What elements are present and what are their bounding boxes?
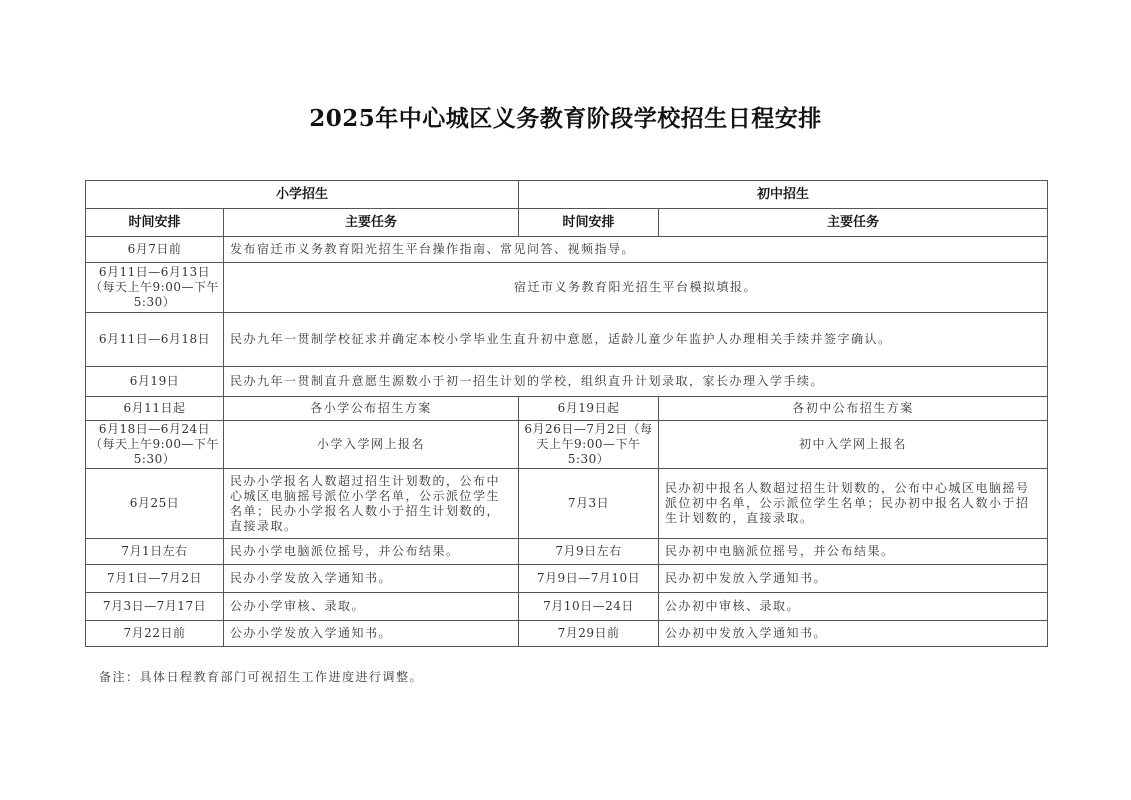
enrollment-schedule-table: 小学招生 初中招生 时间安排 主要任务 时间安排 主要任务 6月7日前 发布宿迁… (85, 180, 1048, 647)
junior-task-cell: 民办初中电脑派位摇号，并公布结果。 (659, 539, 1048, 565)
primary-task-header: 主要任务 (224, 209, 519, 237)
junior-task-cell: 民办初中发放入学通知书。 (659, 565, 1048, 593)
junior-task-cell: 公办初中发放入学通知书。 (659, 621, 1048, 647)
primary-task-cell: 民办小学发放入学通知书。 (224, 565, 519, 593)
primary-time-cell: 7月22日前 (86, 621, 224, 647)
group-header-row: 小学招生 初中招生 (86, 181, 1048, 209)
table-row: 6月25日 民办小学报名人数超过招生计划数的，公布中心城区电脑摇号派位小学名单，… (86, 469, 1048, 539)
primary-time-cell: 7月3日—7月17日 (86, 593, 224, 621)
time-cell: 6月11日—6月13日（每天上午9:00—下午5:30） (86, 263, 224, 313)
footnote: 备注：具体日程教育部门可视招生工作进度进行调整。 (99, 668, 423, 685)
primary-time-cell: 6月25日 (86, 469, 224, 539)
time-cell: 6月7日前 (86, 237, 224, 263)
table-row: 7月1日—7月2日 民办小学发放入学通知书。 7月9日—7月10日 民办初中发放… (86, 565, 1048, 593)
junior-time-header: 时间安排 (519, 209, 659, 237)
table-row: 6月11日起 各小学公布招生方案 6月19日起 各初中公布招生方案 (86, 397, 1048, 421)
table-row: 6月18日—6月24日（每天上午9:00—下午5:30） 小学入学网上报名 6月… (86, 421, 1048, 469)
junior-time-cell: 6月19日起 (519, 397, 659, 421)
junior-task-cell: 初中入学网上报名 (659, 421, 1048, 469)
primary-task-cell: 民办小学电脑派位摇号，并公布结果。 (224, 539, 519, 565)
junior-task-cell: 公办初中审核、录取。 (659, 593, 1048, 621)
primary-time-header: 时间安排 (86, 209, 224, 237)
task-cell: 发布宿迁市义务教育阳光招生平台操作指南、常见问答、视频指导。 (224, 237, 1048, 263)
junior-time-cell: 7月10日—24日 (519, 593, 659, 621)
junior-group-header: 初中招生 (519, 181, 1048, 209)
primary-task-cell: 小学入学网上报名 (224, 421, 519, 469)
junior-task-cell: 各初中公布招生方案 (659, 397, 1048, 421)
table-row: 6月7日前 发布宿迁市义务教育阳光招生平台操作指南、常见问答、视频指导。 (86, 237, 1048, 263)
primary-time-cell: 6月18日—6月24日（每天上午9:00—下午5:30） (86, 421, 224, 469)
task-cell: 民办九年一贯制直升意愿生源数小于初一招生计划的学校，组织直升计划录取，家长办理入… (224, 367, 1048, 397)
junior-time-cell: 7月29日前 (519, 621, 659, 647)
primary-task-cell: 各小学公布招生方案 (224, 397, 519, 421)
primary-time-cell: 6月11日起 (86, 397, 224, 421)
table-row: 7月22日前 公办小学发放入学通知书。 7月29日前 公办初中发放入学通知书。 (86, 621, 1048, 647)
junior-task-cell: 民办初中报名人数超过招生计划数的，公布中心城区电脑摇号派位初中名单，公示派位学生… (659, 469, 1048, 539)
junior-time-cell: 7月3日 (519, 469, 659, 539)
task-cell: 宿迁市义务教育阳光招生平台模拟填报。 (224, 263, 1048, 313)
primary-task-cell: 公办小学审核、录取。 (224, 593, 519, 621)
primary-task-cell: 公办小学发放入学通知书。 (224, 621, 519, 647)
primary-time-cell: 7月1日左右 (86, 539, 224, 565)
junior-time-cell: 6月26日—7月2日（每天上午9:00—下午5:30） (519, 421, 659, 469)
time-cell: 6月19日 (86, 367, 224, 397)
junior-time-cell: 7月9日—7月10日 (519, 565, 659, 593)
table-row: 6月11日—6月18日 民办九年一贯制学校征求并确定本校小学毕业生直升初中意愿，… (86, 313, 1048, 367)
junior-time-cell: 7月9日左右 (519, 539, 659, 565)
primary-group-header: 小学招生 (86, 181, 519, 209)
task-cell: 民办九年一贯制学校征求并确定本校小学毕业生直升初中意愿，适龄儿童少年监护人办理相… (224, 313, 1048, 367)
table-row: 6月11日—6月13日（每天上午9:00—下午5:30） 宿迁市义务教育阳光招生… (86, 263, 1048, 313)
junior-task-header: 主要任务 (659, 209, 1048, 237)
primary-time-cell: 7月1日—7月2日 (86, 565, 224, 593)
time-cell: 6月11日—6月18日 (86, 313, 224, 367)
column-header-row: 时间安排 主要任务 时间安排 主要任务 (86, 209, 1048, 237)
primary-task-cell: 民办小学报名人数超过招生计划数的，公布中心城区电脑摇号派位小学名单，公示派位学生… (224, 469, 519, 539)
table-row: 6月19日 民办九年一贯制直升意愿生源数小于初一招生计划的学校，组织直升计划录取… (86, 367, 1048, 397)
table-row: 7月3日—7月17日 公办小学审核、录取。 7月10日—24日 公办初中审核、录… (86, 593, 1048, 621)
page-title: 2025年中心城区义务教育阶段学校招生日程安排 (0, 100, 1131, 133)
table-row: 7月1日左右 民办小学电脑派位摇号，并公布结果。 7月9日左右 民办初中电脑派位… (86, 539, 1048, 565)
